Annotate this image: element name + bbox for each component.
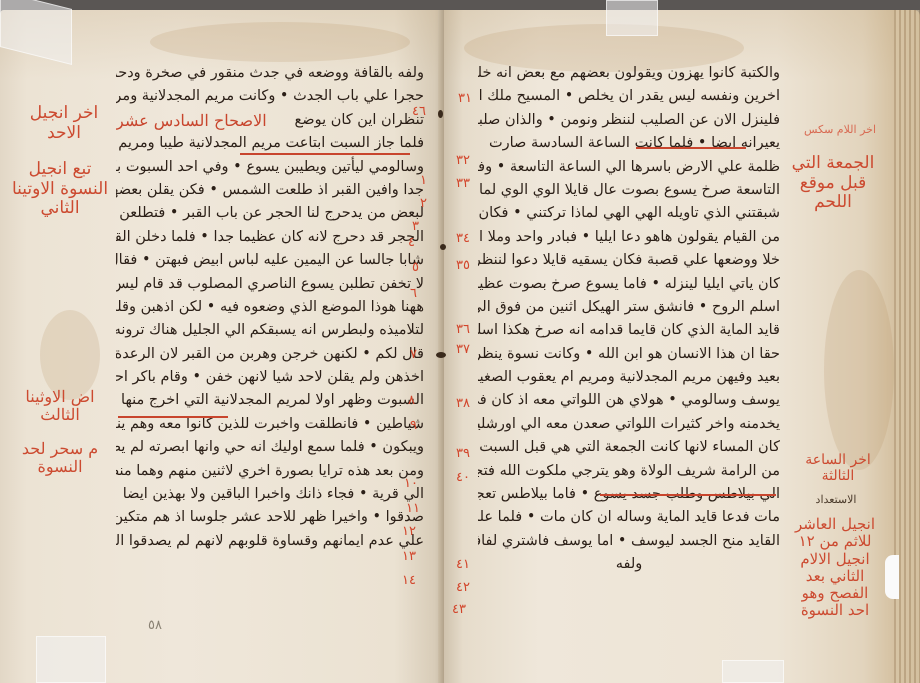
verse-number: ٣٩ xyxy=(456,446,470,461)
text-line: حقا ان هذا الانسان هو ابن الله • وكانت ن… xyxy=(478,343,780,366)
text-line: قال لكم • لكنهن خرجن وهربن من القبر لان … xyxy=(116,343,424,366)
verse-number: ٣٤ xyxy=(456,231,470,246)
right-page-text: والكتبة كانوا يهزون ويقولون بعضهم مع بعض… xyxy=(478,62,780,577)
verse-number: ٣٧ xyxy=(456,342,470,357)
manuscript-spread: ولفه بالقافة ووضعه في جدث منقور في صخرة … xyxy=(0,0,920,683)
folio-number: ٥٨ xyxy=(148,618,162,633)
text-line: خلا ووضعها علي قصبة فكان يسقيه قايلا دعو… xyxy=(478,249,780,272)
verse-number: ٣١ xyxy=(458,91,472,106)
margin-note: اخر اللام سكس xyxy=(800,124,880,137)
repair-tape xyxy=(606,0,658,36)
water-stain xyxy=(824,270,894,470)
text-line: ههنا هوذا الموضع الذي وضعوه فيه • لكن اذ… xyxy=(116,296,424,319)
text-line: لا تخفن تطلبن يسوع الناصري المصلوب قد قا… xyxy=(116,273,424,296)
text-line: حجرا علي باب الجدث • وكانت مريم المجدلان… xyxy=(116,85,424,108)
text-line: الي قرية • فجاء ذانك واخبرا الباقين ولا … xyxy=(116,483,424,506)
verse-number: ٤ xyxy=(408,235,415,250)
repair-tape xyxy=(36,636,106,683)
margin-note: اخر انجيل الاحد xyxy=(14,104,114,143)
text-line: علي عدم ايمانهم وقساوة قلوبهم لانهم لم ي… xyxy=(116,530,424,553)
text-line: ظلمة علي الارض باسرها الي الساعة التاسعة… xyxy=(478,156,780,179)
verse-number: ٤٠ xyxy=(456,470,470,485)
margin-note: الاستعداد xyxy=(796,494,876,507)
verse-number: ٤٣ xyxy=(452,602,466,617)
heading-underline xyxy=(240,153,410,155)
text-line: ويبكون • فلما سمع اوليك انه حي وانها ابص… xyxy=(116,436,424,459)
text-line: كان المساء لانها كانت الجمعة التي هي قبل… xyxy=(478,436,780,459)
text-line: بعيد وفيهن مريم المجدلانية ومريم ام يعقو… xyxy=(478,366,780,389)
margin-note: الجمعة التي قبل موقع اللحم xyxy=(790,154,876,213)
ink-spot xyxy=(438,110,443,118)
rubric-underline xyxy=(118,416,228,418)
text-line: يعيرانه ايضا • فلما كانت الساعة السادسة … xyxy=(478,132,780,155)
text-line: من القيام يقولون هاهو دعا ايليا • فبادر … xyxy=(478,226,780,249)
verse-number: ٣٣ xyxy=(456,176,470,191)
text-line: فلينزل الان عن الصليب لننظر ونومن • والذ… xyxy=(478,109,780,132)
verse-number: ٨ xyxy=(408,393,415,408)
text-line: التاسعة صرخ يسوع بصوت عال قايلا الوي الو… xyxy=(478,179,780,202)
text-line: يخدمنه واخر كثيرات اللواتي صعدن معه الي … xyxy=(478,413,780,436)
text-line: يوسف وسالومي • هولاي هن اللواتي معه اذ ك… xyxy=(478,389,780,412)
verse-number: ١٣ xyxy=(402,549,416,564)
verse-number: ٥ xyxy=(412,260,419,275)
text-line: لتلاميذه ولبطرس انه يسبقكم الي الجليل هن… xyxy=(116,319,424,342)
ink-spot xyxy=(436,352,446,358)
verse-number: ٦ xyxy=(410,286,417,301)
verse-number: ٩ xyxy=(410,418,417,433)
text-line: من الرامة شريف الولاة وهو يترجي ملكوت ال… xyxy=(478,460,780,483)
rubric-underline xyxy=(636,147,746,149)
text-line: تنظران اين كان يوضع xyxy=(295,112,424,128)
verse-number: ٤٦ xyxy=(412,104,426,119)
margin-note: اض الاوثينا الثالث xyxy=(12,388,108,425)
chapter-heading: الاصحاح السادس عشر xyxy=(116,109,267,132)
text-line: شابا جالسا عن اليمين عليه لباس ابيض فبهت… xyxy=(116,249,424,272)
text-line: الحجر قد دحرج لانه كان عظيما جدا • فلما … xyxy=(116,226,424,249)
verse-number: ٣ xyxy=(412,219,419,234)
text-line: شبقتني الذي تاويله الهي الهي لماذا تركتن… xyxy=(478,202,780,225)
verse-number: ٧ xyxy=(410,347,417,362)
verse-number: ١٤ xyxy=(402,573,416,588)
verse-number: ٤١ xyxy=(456,557,470,572)
text-line: ولفه بالقافة ووضعه في جدث منقور في صخرة … xyxy=(116,62,424,85)
ink-spot xyxy=(440,244,446,250)
text-line: مات فدعا قايد الماية وساله ان كان مات • … xyxy=(478,506,780,529)
text-line: لبعض من يدحرج لنا الحجر عن باب القبر • ف… xyxy=(116,202,424,225)
text-line: صدقوا • واخيرا ظهر للاحد عشر جلوسا اذ هم… xyxy=(116,506,424,529)
water-stain xyxy=(150,22,410,62)
rubric-underline xyxy=(600,494,776,496)
text-line: قايد الماية الذي كان قايما قدامه انه صرخ… xyxy=(478,319,780,342)
verse-number: ٤٢ xyxy=(456,580,470,595)
verse-number: ٣٢ xyxy=(456,153,470,168)
margin-note: انجيل العاشر للاثم من ١٢ انجيل الالام ال… xyxy=(790,516,880,620)
catchword: ولفه xyxy=(478,553,780,576)
verse-number: ٣٥ xyxy=(456,258,470,273)
text-line: السبوت وظهر اولا لمريم المجدلانية التي ا… xyxy=(116,389,424,412)
verse-number: ١٠ xyxy=(404,476,418,491)
repair-tape xyxy=(722,660,784,683)
verse-number: ٢ xyxy=(420,196,427,211)
verse-number: ٣٨ xyxy=(456,396,470,411)
text-line: جدا وافين القبر اذ طلعت الشمس • فكن يقلن… xyxy=(116,179,424,202)
text-line: ومن بعد هذه ترايا بصورة اخري لاثنين منهم… xyxy=(116,460,424,483)
verse-number: ١١ xyxy=(406,501,420,516)
verse-number: ١٢ xyxy=(402,524,416,539)
margin-note: اخر الساعة الثالثة xyxy=(796,452,880,484)
margin-note: م سحر لحد النسوة xyxy=(12,440,108,477)
text-line: وسالومي ليأتين ويطيبن يسوع • وفي احد الس… xyxy=(116,156,424,179)
text-line: القايد منح الجسد ليوسف • اما يوسف فاشتري… xyxy=(478,530,780,553)
text-line: كان ياتي ايليا لينزله • فاما يسوع صرخ بص… xyxy=(478,273,780,296)
text-line: اخرين ونفسه ليس يقدر ان يخلص • المسيح مل… xyxy=(478,85,780,108)
verse-number: ٣٦ xyxy=(456,322,470,337)
text-line: اخذهن ولم يقلن لاحد شيا لانهن خفن • وقام… xyxy=(116,366,424,389)
text-line: والكتبة كانوا يهزون ويقولون بعضهم مع بعض… xyxy=(478,62,780,85)
verse-number: ١ xyxy=(420,173,427,188)
margin-note: تبع انجيل النسوة الاوتينا الثاني xyxy=(10,160,110,219)
left-page-text: ولفه بالقافة ووضعه في جدث منقور في صخرة … xyxy=(116,62,424,553)
page-tear xyxy=(885,555,899,599)
text-line: اسلم الروح • فانشق ستر الهيكل اثنين من ف… xyxy=(478,296,780,319)
text-line-with-heading: تنظران اين كان يوضع الاصحاح السادس عشر xyxy=(116,109,424,132)
